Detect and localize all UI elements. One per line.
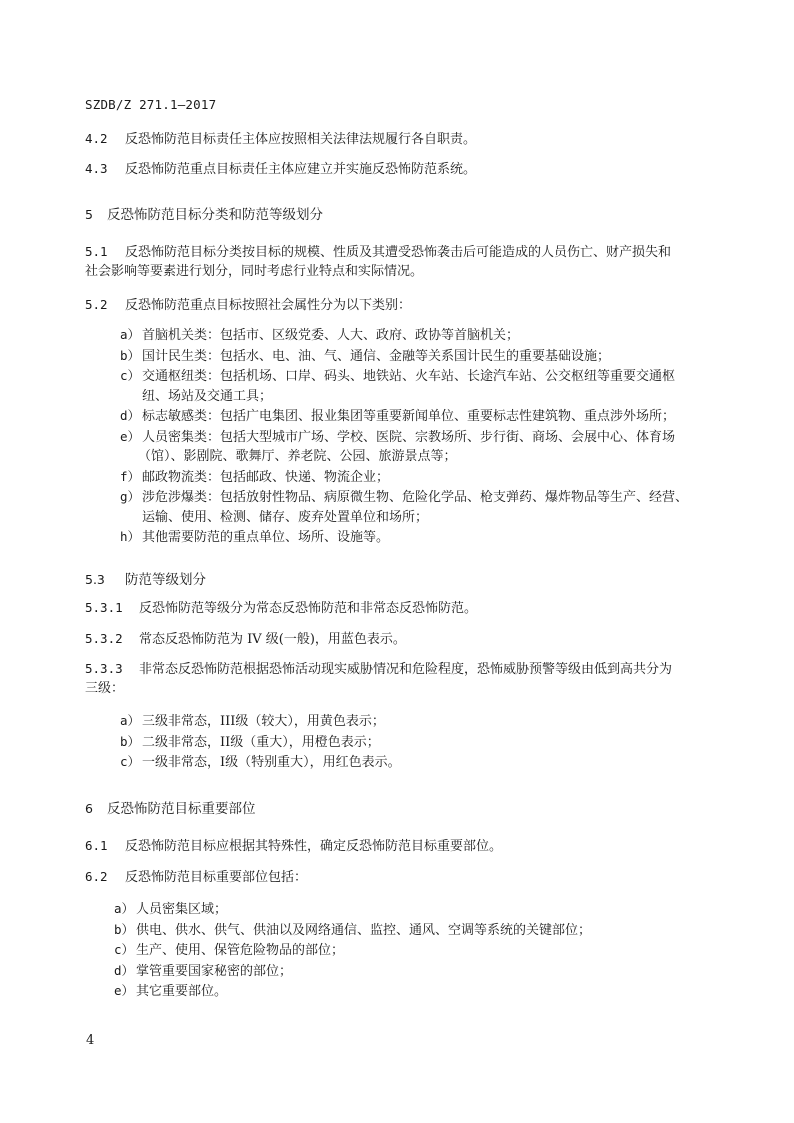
clause-text: 反恐怖防范等级分为常态反恐怖防范和非常态反恐怖防范。 [139, 601, 477, 616]
clause-5-3-1: 5.3.1反恐怖防范等级分为常态反恐怖防范和非常态反恐怖防范。 [85, 598, 477, 618]
section-title: 反恐怖防范目标重要部位 [107, 801, 256, 817]
list-item: a）首脑机关类：包括市、区级党委、人大、政府、政协等首脑机关； [120, 325, 688, 346]
clause-6-1: 6.1反恐怖防范目标应根据其特殊性，确定反恐怖防范目标重要部位。 [85, 836, 502, 856]
list-item: d）掌管重要国家秘密的部位； [114, 961, 591, 982]
clause-5-1: 5.1反恐怖防范目标分类按目标的规模、性质及其遭受恐怖袭击后可能造成的人员伤亡、… [85, 242, 671, 281]
clause-5-2: 5.2反恐怖防范重点目标按照社会属性分为以下类别： [85, 295, 411, 315]
clause-number: 5.2 [85, 295, 125, 314]
list-item: h）其他需要防范的重点单位、场所、设施等。 [120, 527, 688, 548]
clause-6-2: 6.2反恐怖防范目标重要部位包括： [85, 867, 307, 887]
clause-4-2: 4.2反恐怖防范目标责任主体应按照相关法律法规履行各自职责。 [85, 129, 476, 149]
clause-number: 5.3.2 [85, 629, 139, 648]
list-item-level-2-orange: b）二级非常态，II级（重大），用橙色表示； [120, 732, 401, 753]
clause-number: 5.3.3 [85, 659, 139, 678]
warning-level-list: a）三级非常态，III级（较大），用黄色表示； b）二级非常态，II级（重大），… [120, 711, 401, 773]
clause-number: 5.1 [85, 242, 125, 261]
target-category-list: a）首脑机关类：包括市、区级党委、人大、政府、政协等首脑机关； b）国计民生类：… [120, 325, 688, 548]
clause-4-3: 4.3反恐怖防范重点目标责任主体应建立并实施反恐怖防范系统。 [85, 159, 476, 179]
clause-text: 反恐怖防范目标应根据其特殊性，确定反恐怖防范目标重要部位。 [125, 839, 502, 854]
page-number: 4 [86, 1033, 94, 1048]
list-item-level-3-yellow: a）三级非常态，III级（较大），用黄色表示； [120, 711, 401, 732]
clause-number: 4.3 [85, 159, 125, 178]
section-title: 反恐怖防范目标分类和防范等级划分 [107, 207, 323, 223]
list-item: e）其它重要部位。 [114, 981, 591, 1002]
list-item-level-1-red: c）一级非常态，I级（特别重大），用红色表示。 [120, 752, 401, 773]
clause-text: 反恐怖防范目标重要部位包括： [125, 870, 307, 885]
list-item: g）涉危涉爆类：包括放射性物品、病原微生物、危险化学品、枪支弹药、爆炸物品等生产… [120, 487, 688, 527]
list-item: d）标志敏感类：包括广电集团、报业集团等重要新闻单位、重要标志性建筑物、重点涉外… [120, 406, 688, 427]
list-item: b）供电、供水、供气、供油以及网络通信、监控、通风、空调等系统的关键部位； [114, 920, 591, 941]
clause-number: 6.2 [85, 867, 125, 886]
clause-title: 防范等级划分 [125, 572, 206, 588]
clause-text-line1: 反恐怖防范目标分类按目标的规模、性质及其遭受恐怖袭击后可能造成的人员伤亡、财产损… [125, 245, 671, 260]
list-item: e）人员密集类：包括大型城市广场、学校、医院、宗教场所、步行街、商场、会展中心、… [120, 427, 688, 467]
clause-number: 5.3 [85, 572, 125, 587]
clause-text-line2: 社会影响等要素进行划分，同时考虑行业特点和实际情况。 [85, 262, 671, 281]
clause-text: 反恐怖防范重点目标按照社会属性分为以下类别： [125, 298, 411, 313]
section-5-heading: 5反恐怖防范目标分类和防范等级划分 [85, 203, 323, 223]
clause-5-3-3: 5.3.3非常态反恐怖防范根据恐怖活动现实威胁情况和危险程度，恐怖威胁预警等级由… [85, 659, 672, 698]
key-parts-list: a）人员密集区域； b）供电、供水、供气、供油以及网络通信、监控、通风、空调等系… [114, 899, 591, 1002]
clause-text-line2: 三级： [85, 679, 672, 698]
list-item: f）邮政物流类：包括邮政、快递、物流企业； [120, 467, 688, 488]
clause-number: 5.3.1 [85, 598, 139, 617]
section-number: 5 [85, 207, 107, 222]
clause-text: 常态反恐怖防范为 IV 级(一般)，用蓝色表示。 [139, 632, 406, 647]
document-code-header: SZDB/Z 271.1—2017 [85, 97, 216, 112]
list-item: a）人员密集区域； [114, 899, 591, 920]
section-number: 6 [85, 801, 107, 816]
section-6-heading: 6反恐怖防范目标重要部位 [85, 797, 256, 817]
clause-5-3-heading: 5.3防范等级划分 [85, 568, 206, 588]
list-item: c）交通枢纽类：包括机场、口岸、码头、地铁站、火车站、长途汽车站、公交枢纽等重要… [120, 366, 688, 406]
list-item: b）国计民生类：包括水、电、油、气、通信、金融等关系国计民生的重要基础设施； [120, 346, 688, 367]
clause-5-3-2: 5.3.2常态反恐怖防范为 IV 级(一般)，用蓝色表示。 [85, 629, 406, 649]
clause-number: 6.1 [85, 836, 125, 855]
clause-text-line1: 非常态反恐怖防范根据恐怖活动现实威胁情况和危险程度，恐怖威胁预警等级由低到高共分… [139, 662, 672, 677]
list-item: c）生产、使用、保管危险物品的部位； [114, 940, 591, 961]
clause-text: 反恐怖防范重点目标责任主体应建立并实施反恐怖防范系统。 [125, 162, 476, 177]
clause-text: 反恐怖防范目标责任主体应按照相关法律法规履行各自职责。 [125, 132, 476, 147]
clause-number: 4.2 [85, 129, 125, 148]
